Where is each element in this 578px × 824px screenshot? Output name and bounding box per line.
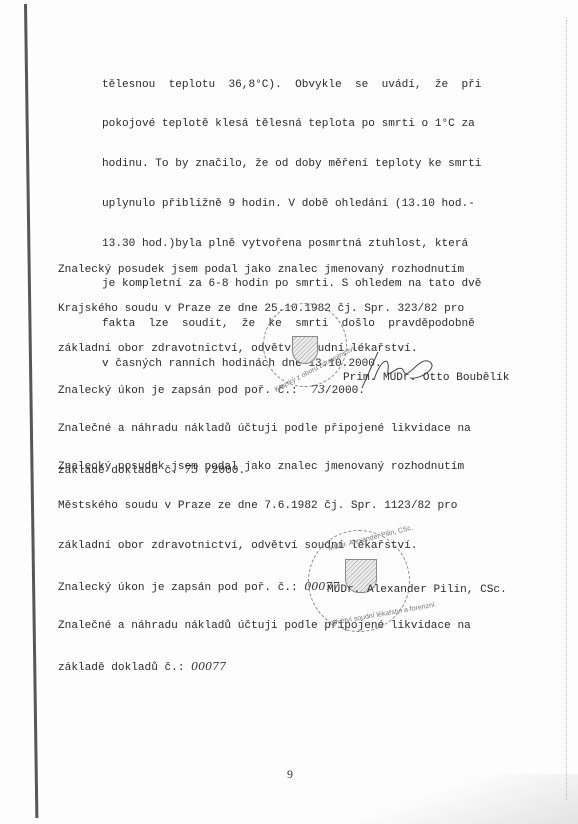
text-line: Znalečné a náhradu nákladů účtuji podle … [58,620,471,633]
record-suffix: /2000. [325,385,365,397]
text-line: Městského soudu v Praze ze dne 7.6.1982 … [58,500,471,513]
text-line: tělesnou teplotu 36,8°C). Obvykle se uvá… [102,79,481,92]
signature-name-1: Prim. MUDr. Otto Boubělík [343,372,509,384]
text-line: uplynulo přibližně 9 hodin. V době ohled… [102,198,481,211]
doc-label: základě dokladů č.: [58,662,191,674]
text-line: hodinu. To by značilo, že od doby měření… [102,158,481,171]
official-stamp-1: Krajský z oboru zdravotnictví [263,303,347,387]
record-label: Znalecký úkon je zapsán pod poř. č.: [58,582,304,594]
scan-edge-left [24,4,38,818]
document-page: tělesnou teplotu 36,8°C). Obvykle se uvá… [0,0,578,824]
text-line: Znalecký posudek jsem podal jako znalec … [58,264,471,277]
signature-1 [360,350,440,390]
scan-edge-right [566,20,568,800]
doc-line: základě dokladů č.: 00077 [58,660,471,673]
text-line: základní obor zdravotnictví, odvětví sou… [58,540,471,553]
coat-of-arms-icon [292,336,318,364]
text-line: Znalecký posudek jsem podal jako znalec … [58,461,471,474]
page-number: 9 [287,767,293,782]
text-line: pokojové teplotě klesá tělesná teplota p… [102,118,481,131]
signature-name-2: MUDr. Alexander Pilin, CSc. [327,584,507,596]
expert-clause-2: Znalecký posudek jsem podal jako znalec … [58,434,471,700]
official-stamp-2: MUDr. Alexander Pilin, CSc. odvětví soud… [308,530,410,632]
doc-number-handwritten: 00077 [191,660,226,673]
scan-noise [318,774,578,824]
text-line: Krajského soudu v Praze ze dne 25.10.198… [58,303,471,316]
